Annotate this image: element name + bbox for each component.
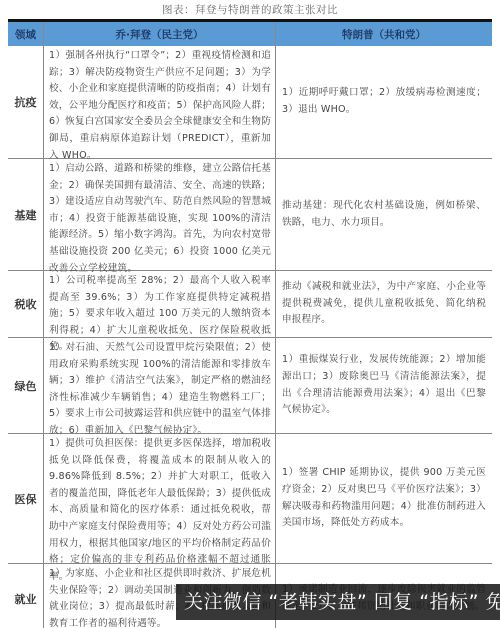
table-row-healthcare: 医保 1）提供可负担医保：提供更多医保选择，增加税收抵免以降低保费，将覆盖成本的… [8,434,492,564]
header-domain: 领域 [8,22,44,46]
table-row-infrastructure: 基建 1）启动公路、道路和桥梁的维修，建立公路信托基金；2）确保美国拥有最清洁、… [8,159,492,271]
table-row-tax: 税收 1）公司税率提高至 28%；2）最高个人收入税率提高至 39.6%；3）为… [8,271,492,338]
table-row-green: 绿色 1）对石油、天然气公司设置甲烷污染限值；2）使用政府采购系统实现 100%… [8,338,492,434]
biden-policy-cell: 1）对石油、天然气公司设置甲烷污染限值；2）使用政府采购系统实现 100%的清洁… [44,338,276,433]
biden-policy-cell: 1）提供可负担医保：提供更多医保选择，增加税收抵免以降低保费，将覆盖成本的限制从… [44,434,276,563]
domain-cell: 基建 [8,159,44,270]
domain-cell: 绿色 [8,338,44,433]
biden-policy-cell: 1）强制各州执行“口罩令”；2）重视疫情检测和追踪；3）解决防疫物资生产供应不足… [44,46,276,158]
trump-policy-cell: 推动基建：现代化农村基础设施，例如桥梁、铁路，电力、水力项目。 [276,159,492,270]
header-biden: 乔·拜登（民主党） [44,22,276,46]
policy-comparison-table: 领域 乔·拜登（民主党） 特朗普（共和党） 抗疫 1）强制各州执行“口罩令”；2… [8,19,492,628]
table-header-row: 领域 乔·拜登（民主党） 特朗普（共和党） [8,22,492,46]
domain-cell: 抗疫 [8,46,44,158]
domain-cell: 医保 [8,434,44,563]
trump-policy-cell: 推动《减税和就业法》，为中产家庭、小企业等提供税费减免，提供儿童税收抵免、简化纳… [276,271,492,337]
header-trump: 特朗普（共和党） [276,22,492,46]
biden-policy-cell: 1）启动公路、道路和桥梁的维修，建立公路信托基金；2）确保美国拥有最清洁、安全、… [44,159,276,270]
figure-caption: 图表：拜登与特朗普的政策主张对比 [0,2,500,16]
watermark-banner: 关注微信 “老韩实盘” 回复 “指标” 免费领 [176,584,500,620]
domain-cell: 税收 [8,271,44,337]
trump-policy-cell: 1）近期呼吁戴口罩；2）放缓病毒检测速度；3）退出 WHO。 [276,46,492,158]
table-row-epidemic: 抗疫 1）强制各州执行“口罩令”；2）重视疫情检测和追踪；3）解决防疫物资生产供… [8,46,492,159]
trump-policy-cell: 1）重振煤炭行业，发展传统能源；2）增加能源出口；3）废除奥巴马《清洁能源法案》… [276,338,492,433]
domain-cell: 就业 [8,564,44,628]
trump-policy-cell: 1）签署 CHIP 延期协议，提供 900 万美元医疗资金；2）反对奥巴马《平价… [276,434,492,563]
biden-policy-cell: 1）公司税率提高至 28%；2）最高个人收入税率提高至 39.6%；3）为工作家… [44,271,276,337]
